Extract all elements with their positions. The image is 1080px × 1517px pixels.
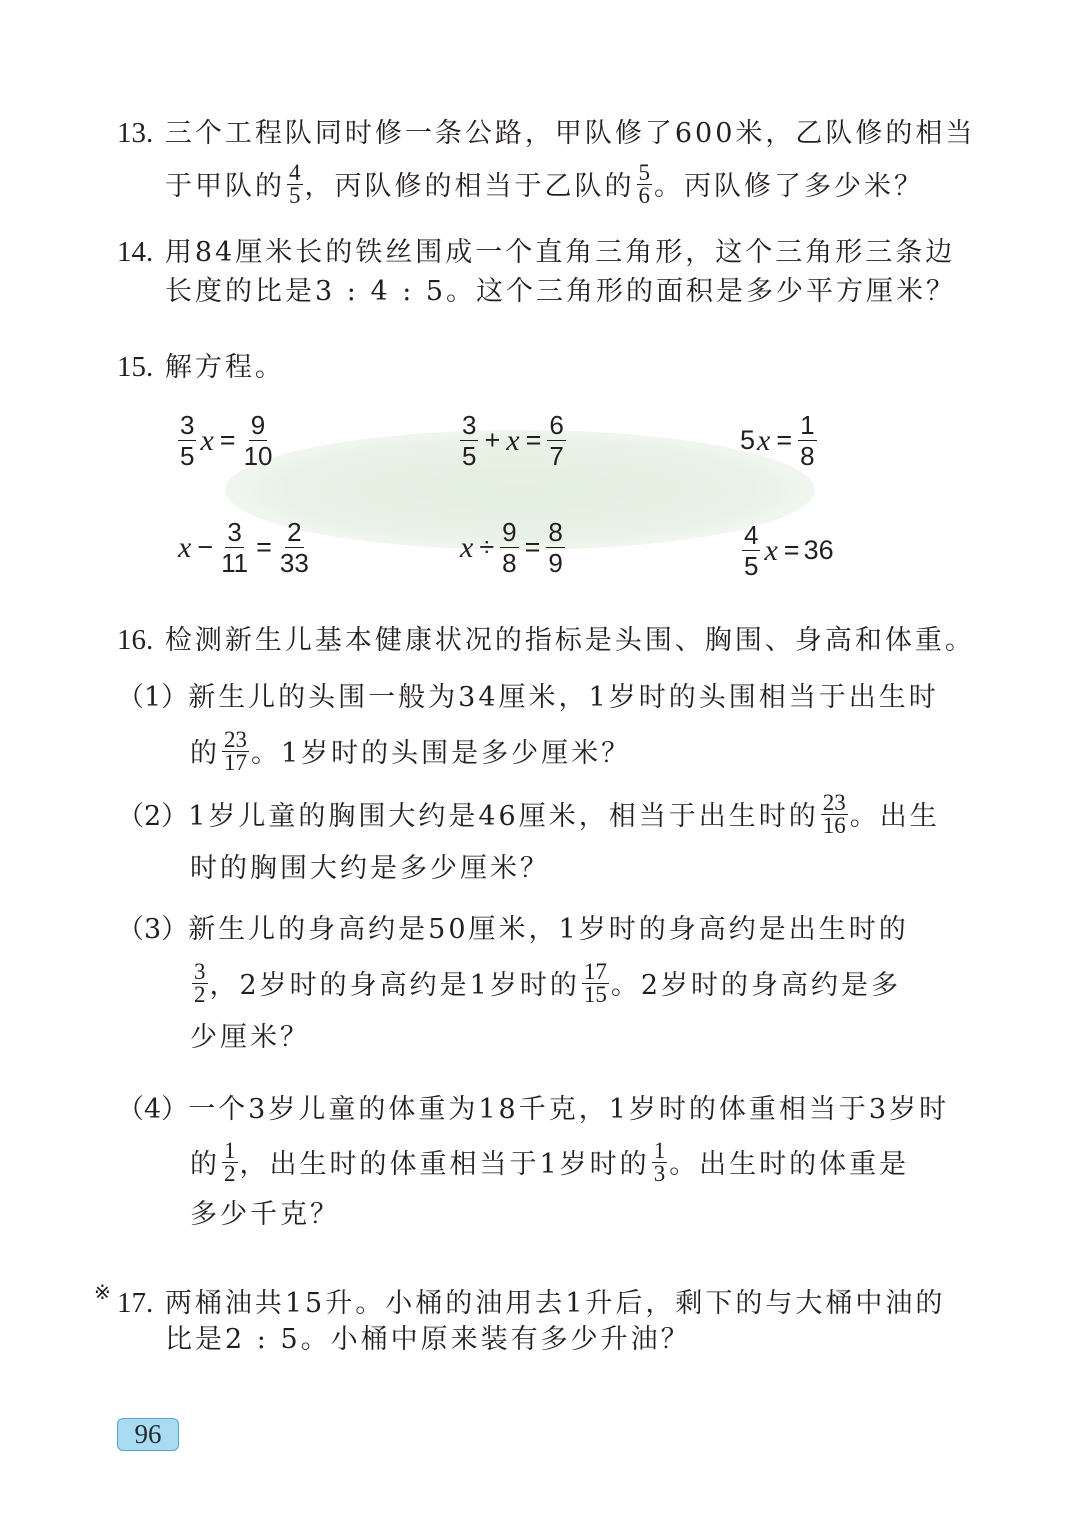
problem-14-line-2: 长度的比是3 : 4 : 5。这个三角形的面积是多少平方厘米？ <box>165 272 956 312</box>
denominator: 16 <box>821 815 848 837</box>
numerator: 23 <box>222 729 249 752</box>
denominator: 17 <box>222 752 249 774</box>
problem-text: 长度的比是3 : 4 : 5。这个三角形的面积是多少平方厘米？ <box>165 276 956 307</box>
equation-6: 45 x = 36 <box>740 520 834 581</box>
problem-16-1-line-1: （1）新生儿的头围一般为34厘米，1岁时的头围相当于出生时 <box>117 678 939 718</box>
numerator: 9 <box>249 410 267 441</box>
denominator: 6 <box>637 185 653 207</box>
problem-text: 的 <box>190 1149 220 1180</box>
equation-3: 5 x = 18 <box>740 410 819 471</box>
denominator: 2 <box>222 1163 238 1185</box>
problem-17-line-1: 17. 两桶油共15升。小桶的油用去1升后，剩下的与大桶中油的 <box>117 1283 945 1324</box>
equals-sign: = <box>525 532 541 563</box>
variable: x <box>460 531 473 565</box>
subproblem-label: （2） <box>117 801 188 832</box>
problem-16-3-line-1: （3）新生儿的身高约是50厘米，1岁时的身高约是出生时的 <box>117 910 909 950</box>
problem-16-3-line-2: 32，2岁时的身高约是1岁时的1715。2岁时的身高约是多 <box>190 964 901 1009</box>
equation-2: 35 + x = 67 <box>458 410 568 471</box>
problem-16-4-line-2: 的12，出生时的体重相当于1岁时的13。出生时的体重是 <box>190 1143 909 1188</box>
fraction: 2316 <box>821 792 848 837</box>
variable: x <box>178 531 191 565</box>
denominator: 8 <box>500 548 518 578</box>
variable: x <box>506 424 519 458</box>
fraction: 1715 <box>582 961 609 1006</box>
numerator: 9 <box>500 517 518 548</box>
problem-text: 比是2 : 5。小桶中原来装有多少升油？ <box>165 1324 691 1355</box>
plus-sign: + <box>484 425 500 456</box>
fraction: 45 <box>287 162 303 207</box>
problem-number: 14. <box>117 236 153 268</box>
numerator: 1 <box>222 1140 238 1163</box>
problem-text: 新生儿的身高约是50厘米，1岁时的身高约是出生时的 <box>188 914 909 945</box>
problem-16-4-line-1: （4）一个3岁儿童的体重为18千克，1岁时的体重相当于3岁时 <box>117 1090 949 1130</box>
subproblem-label: （4） <box>117 1094 188 1125</box>
problem-number: 15. <box>117 351 153 383</box>
numerator: 1 <box>652 1140 668 1163</box>
numerator: 5 <box>637 162 653 185</box>
numerator: 17 <box>582 961 609 984</box>
subproblem-label: （1） <box>117 682 188 713</box>
numerator: 6 <box>547 410 565 441</box>
problem-16-4-line-3: 多少千克？ <box>190 1195 340 1235</box>
equals-sign: = <box>220 425 236 456</box>
denominator: 2 <box>192 984 208 1006</box>
problem-text: 1岁儿童的胸围大约是46厘米，相当于出生时的 <box>188 801 819 832</box>
denominator: 5 <box>178 441 196 471</box>
problem-14-line-1: 14. 用84厘米长的铁丝围成一个直角三角形，这个三角形三条边 <box>117 232 955 273</box>
fraction: 67 <box>547 410 565 471</box>
fraction: 2317 <box>222 729 249 774</box>
denominator: 5 <box>742 551 760 581</box>
problem-text: 解方程。 <box>165 352 285 383</box>
problem-16-2-line-1: （2）1岁儿童的胸围大约是46厘米，相当于出生时的2316。出生 <box>117 795 940 840</box>
equals-sign: = <box>526 425 542 456</box>
page-number-badge: 96 <box>117 1418 179 1451</box>
coefficient: 5 <box>740 425 755 456</box>
fraction: 89 <box>546 517 564 578</box>
problem-text: 。出生时的体重是 <box>669 1149 909 1180</box>
fraction: 56 <box>637 162 653 207</box>
problem-13-line-1: 13. 三个工程队同时修一条公路，甲队修了600米，乙队修的相当 <box>117 113 975 154</box>
numerator: 3 <box>460 410 478 441</box>
problem-text: 于甲队的 <box>165 171 285 202</box>
fraction: 18 <box>798 410 816 471</box>
problem-16-intro: 16. 检测新生儿基本健康状况的指标是头围、胸围、身高和体重。 <box>117 620 975 661</box>
problem-text: 。丙队修了多少米？ <box>654 171 924 202</box>
problem-text: 。2岁时的身高约是多 <box>611 970 901 1001</box>
problem-text: ，丙队修的相当于乙队的 <box>305 171 635 202</box>
problem-17-line-2: 比是2 : 5。小桶中原来装有多少升油？ <box>165 1320 691 1360</box>
denominator: 9 <box>546 548 564 578</box>
numerator: 3 <box>225 517 243 548</box>
variable: x <box>200 424 213 458</box>
numerator: 8 <box>546 517 564 548</box>
problem-13-line-2: 于甲队的45，丙队修的相当于乙队的56。丙队修了多少米？ <box>165 165 924 210</box>
denominator: 8 <box>798 441 816 471</box>
problem-text: 用84厘米长的铁丝围成一个直角三角形，这个三角形三条边 <box>165 237 955 268</box>
equation-4: x − 311 = 233 <box>176 517 313 578</box>
problem-number: 17. <box>117 1287 153 1319</box>
numerator: 4 <box>742 520 760 551</box>
fraction: 910 <box>242 410 275 471</box>
fraction: 35 <box>178 410 196 471</box>
problem-text: 新生儿的头围一般为34厘米，1岁时的头围相当于出生时 <box>188 682 939 713</box>
denominator: 10 <box>242 441 275 471</box>
problem-text: 的 <box>190 738 220 769</box>
problem-text: 。1岁时的头围是多少厘米？ <box>251 738 631 769</box>
denominator: 33 <box>278 548 311 578</box>
equation-5: x ÷ 98 = 89 <box>458 517 567 578</box>
fraction: 233 <box>278 517 311 578</box>
fraction: 13 <box>652 1140 668 1185</box>
problem-text: 两桶油共15升。小桶的油用去1升后，剩下的与大桶中油的 <box>165 1288 946 1319</box>
problem-text: 少厘米？ <box>190 1022 310 1053</box>
optional-mark-icon: ※ <box>94 1280 111 1304</box>
denominator: 15 <box>582 984 609 1006</box>
problem-text: 时的胸围大约是多少厘米？ <box>190 853 550 884</box>
numerator: 3 <box>178 410 196 441</box>
problem-text: 三个工程队同时修一条公路，甲队修了600米，乙队修的相当 <box>165 118 976 149</box>
denominator: 11 <box>219 548 250 578</box>
denominator: 5 <box>287 185 303 207</box>
denominator: 3 <box>652 1163 668 1185</box>
fraction: 45 <box>742 520 760 581</box>
minus-sign: − <box>197 532 213 563</box>
numerator: 23 <box>821 792 848 815</box>
fraction: 35 <box>460 410 478 471</box>
problem-number: 13. <box>117 117 153 149</box>
constant: 36 <box>804 535 834 566</box>
problem-text: ，2岁时的身高约是1岁时的 <box>210 970 580 1001</box>
numerator: 1 <box>798 410 816 441</box>
fraction: 311 <box>219 517 250 578</box>
variable: x <box>764 534 777 568</box>
denominator: 7 <box>547 441 565 471</box>
divide-sign: ÷ <box>479 532 494 563</box>
numerator: 2 <box>285 517 303 548</box>
problem-text: 一个3岁儿童的体重为18千克，1岁时的体重相当于3岁时 <box>188 1094 949 1125</box>
problem-16-2-line-2: 时的胸围大约是多少厘米？ <box>190 849 550 889</box>
problem-16-3-line-3: 少厘米？ <box>190 1018 310 1058</box>
equals-sign: = <box>776 425 792 456</box>
problem-text: 多少千克？ <box>190 1199 340 1230</box>
numerator: 4 <box>287 162 303 185</box>
fraction: 32 <box>192 961 208 1006</box>
problem-text: 检测新生儿基本健康状况的指标是头围、胸围、身高和体重。 <box>165 625 975 656</box>
problem-text: 。出生 <box>850 801 940 832</box>
equals-sign: = <box>256 532 272 563</box>
fraction: 98 <box>500 517 518 578</box>
variable: x <box>757 424 770 458</box>
numerator: 3 <box>192 961 208 984</box>
subproblem-label: （3） <box>117 914 188 945</box>
problem-15-title: 15. 解方程。 <box>117 347 285 388</box>
denominator: 5 <box>460 441 478 471</box>
problem-16-1-line-2: 的2317。1岁时的头围是多少厘米？ <box>190 732 631 777</box>
problem-text: ，出生时的体重相当于1岁时的 <box>240 1149 650 1180</box>
equals-sign: = <box>784 535 800 566</box>
equation-1: 35 x = 910 <box>176 410 277 471</box>
problem-number: 16. <box>117 624 153 656</box>
fraction: 12 <box>222 1140 238 1185</box>
